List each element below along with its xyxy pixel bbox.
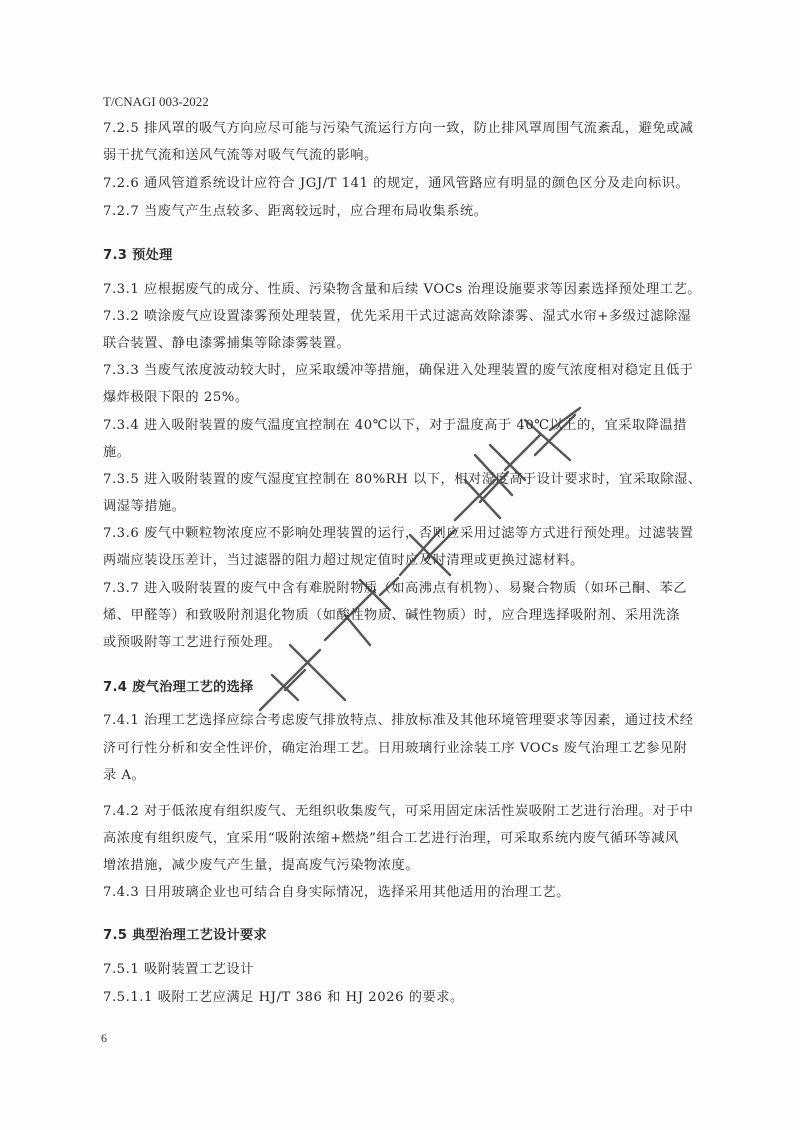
clause-7-3-6: 7.3.6 废气中颗粒物浓度应不影响处理装置的运行，否则应采用过滤等方式进行预处… [103,525,703,543]
clause-7-4-1: 7.4.1 治理工艺选择应综合考虑废气排放特点、排放标准及其他环境管理要求等因素… [103,712,703,730]
clause-7-4-2: 7.4.2 对于低浓度有组织废气、无组织收集废气，可采用固定床活性炭吸附工艺进行… [103,803,703,821]
section-heading-7-5: 7.5 典型治理工艺设计要求 [103,927,703,945]
clause-7-3-1: 7.3.1 应根据废气的成分、性质、污染物含量和后续 VOCs 治理设施要求等因… [103,281,703,299]
clause-7-3-5-cont: 调湿等措施。 [103,498,703,516]
clause-7-2-5-cont: 弱干扰气流和送风气流等对吸气气流的影响。 [103,147,703,165]
clause-7-3-7: 7.3.7 进入吸附装置的废气中含有难脱附物质（如高沸点有机物）、易聚合物质（如… [103,580,703,598]
clause-7-3-5: 7.3.5 进入吸附装置的废气湿度宜控制在 80%RH 以下，相对湿度高于设计要… [103,471,703,489]
clause-7-3-2: 7.3.2 喷涂废气应设置漆雾预处理装置，优先采用干式过滤高效除漆雾、湿式水帘+… [103,308,703,326]
clause-7-3-3-cont: 爆炸极限下限的 25%。 [103,389,703,407]
clause-7-3-4-cont: 施。 [103,444,703,462]
clause-7-4-2-cont2: 增浓措施，减少废气产生量，提高废气污染物浓度。 [103,857,703,875]
section-heading-7-4: 7.4 废气治理工艺的选择 [103,679,703,697]
section-heading-7-3: 7.3 预处理 [103,247,703,265]
clause-7-2-6: 7.2.6 通风管道系统设计应符合 JGJ/T 141 的规定，通风管路应有明显… [103,175,703,193]
clause-7-4-3: 7.4.3 日用玻璃企业也可结合自身实际情况，选择采用其他适用的治理工艺。 [103,884,703,902]
clause-7-3-7-cont1: 烯、甲醛等）和致吸附剂退化物质（如酸性物质、碱性物质）时，应合理选择吸附剂、采用… [103,607,703,625]
clause-7-3-4: 7.3.4 进入吸附装置的废气温度宜控制在 40℃以下，对于温度高于 40℃以上… [103,417,703,435]
clause-7-2-7: 7.2.7 当废气产生点较多、距离较远时，应合理布局收集系统。 [103,203,703,221]
clause-7-4-1-cont1: 济可行性分析和安全性评价，确定治理工艺。日用玻璃行业涂装工序 VOCs 废气治理… [103,740,703,758]
clause-7-3-6-cont: 两端应装设压差计，当过滤器的阻力超过规定值时应及时清理或更换过滤材料。 [103,552,703,570]
clause-7-5-1-1: 7.5.1.1 吸附工艺应满足 HJ/T 386 和 HJ 2026 的要求。 [103,989,703,1007]
clause-7-5-1: 7.5.1 吸附装置工艺设计 [103,961,703,979]
clause-7-3-7-cont2: 或预吸附等工艺进行预处理。 [103,634,703,652]
page-number: 6 [101,1031,107,1046]
clause-7-3-2-cont: 联合装置、静电漆雾捕集等除漆雾装置。 [103,335,703,353]
document-code: T/CNAGI 003-2022 [103,93,703,111]
document-page: T/CNAGI 003-2022 7.2.5 排风罩的吸气方向应尽可能与污染气流… [0,0,800,1130]
clause-7-3-3: 7.3.3 当废气浓度波动较大时，应采取缓冲等措施，确保进入处理装置的废气浓度相… [103,362,703,380]
clause-7-4-1-cont2: 录 A。 [103,767,703,785]
clause-7-2-5: 7.2.5 排风罩的吸气方向应尽可能与污染气流运行方向一致，防止排风罩周围气流紊… [103,120,703,138]
clause-7-4-2-cont1: 高浓度有组织废气，宜采用“吸附浓缩+燃烧”组合工艺进行治理，可采取系统内废气循环… [103,830,703,848]
